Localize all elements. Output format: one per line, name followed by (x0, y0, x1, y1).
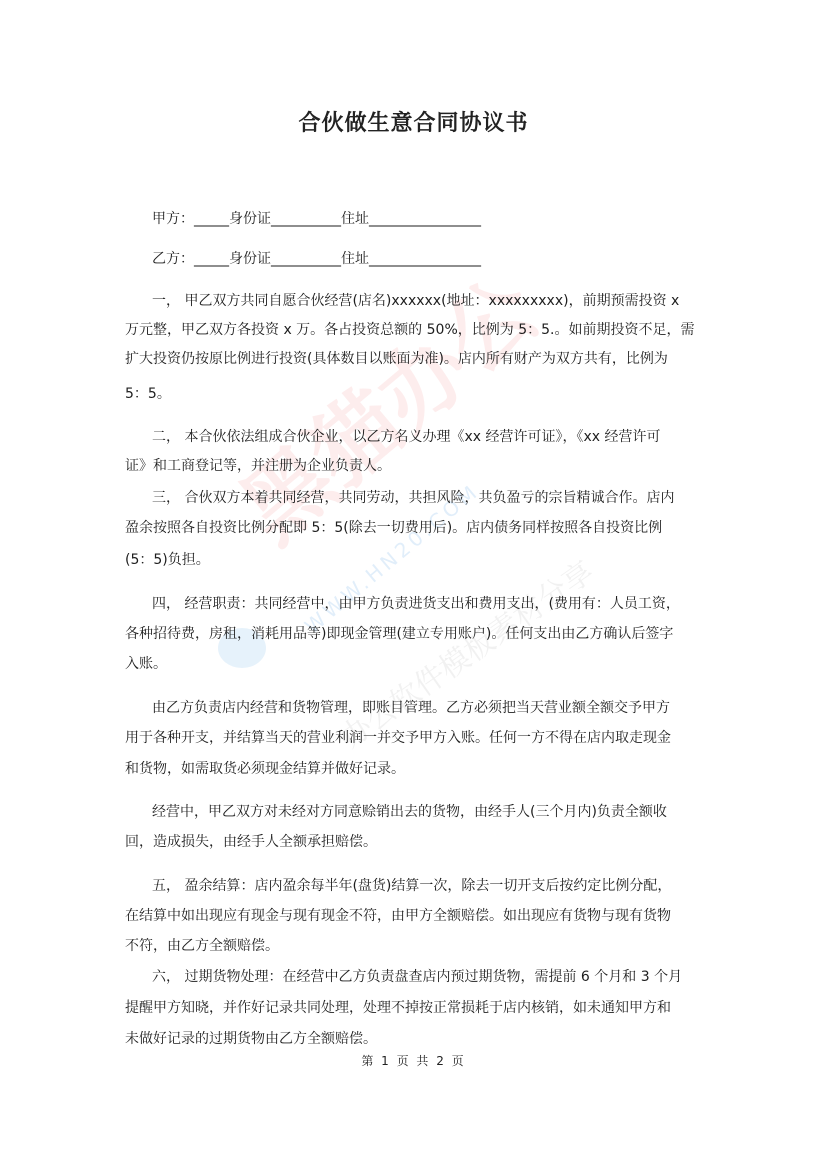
clause-3-line-1: 三， 合伙双方本着共同经营，共同劳动，共担风险，共负盈亏的宗旨精诚合作。店内 (152, 484, 732, 513)
clause-5-line-3: 不符，由乙方全额赔偿。 (125, 932, 705, 961)
credit-para-line-1: 经营中，甲乙双方对未经对方同意赊销出去的货物，由经手人(三个月内)负责全额收 (152, 798, 732, 827)
clause-3-line-2: 盈余按照各自投资比例分配即 5：5(除去一切费用后)。店内债务同样按照各自投资比… (125, 514, 705, 543)
management-para-line-2: 用于各种开支，并结算当天的营业利润一并交予甲方入账。任何一方不得在店内取走现金 (125, 724, 705, 753)
clause-4-line-2: 各种招待费，房租，消耗用品等)即现金管理(建立专用账户)。任何支出由乙方确认后签… (125, 620, 705, 649)
party-b-line: 乙方：_____身份证__________住址________________ (152, 245, 732, 274)
clause-1-line-1: 一， 甲乙双方共同自愿合伙经营(店名)xxxxxx(地址：xxxxxxxxx)，… (152, 287, 732, 316)
clause-1-line-3: 扩大投资仍按原比例进行投资(具体数目以账面为准)。店内所有财产为双方共有，比例为 (125, 345, 705, 374)
clause-1-line-4: 5：5。 (125, 380, 705, 409)
document-page: 黑猫办公 WWW.HN20.COM 办公软件模板素材分享 合伙做生意合同协议书 … (0, 0, 827, 1169)
clause-6-line-1: 六， 过期货物处理：在经营中乙方负责盘查店内预过期货物，需提前 6 个月和 3 … (152, 963, 732, 992)
clause-2-line-2: 证》和工商登记等，并注册为企业负责人。 (125, 452, 705, 481)
clause-3-line-3: (5：5)负担。 (125, 546, 705, 575)
management-para-line-3: 和货物，如需取货必须现金结算并做好记录。 (125, 755, 705, 784)
management-para-line-1: 由乙方负责店内经营和货物管理，即账目管理。乙方必须把当天营业额全额交予甲方 (152, 694, 732, 723)
document-title: 合伙做生意合同协议书 (0, 106, 827, 137)
clause-6-line-3: 未做好记录的过期货物由乙方全额赔偿。 (125, 1025, 705, 1054)
party-a-line: 甲方：_____身份证__________住址________________ (152, 205, 732, 234)
clause-2-line-1: 二， 本合伙依法组成合伙企业，以乙方名义办理《xx 经营许可证》，《xx 经营许… (152, 423, 732, 452)
credit-para-line-2: 回，造成损失，由经手人全额承担赔偿。 (125, 828, 705, 857)
clause-5-line-1: 五， 盈余结算：店内盈余每半年(盘货)结算一次，除去一切开支后按约定比例分配， (152, 872, 732, 901)
clause-5-line-2: 在结算中如出现应有现金与现有现金不符，由甲方全额赔偿。如出现应有货物与现有货物 (125, 902, 705, 931)
clause-4-line-3: 入账。 (125, 650, 705, 679)
clause-4-line-1: 四， 经营职责：共同经营中，由甲方负责进货支出和费用支出，(费用有：人员工资， (152, 590, 732, 619)
clause-1-line-2: 万元整，甲乙双方各投资 x 万。各占投资总额的 50%，比例为 5：5.。如前期… (125, 316, 705, 345)
page-number-footer: 第 1 页 共 2 页 (0, 1052, 827, 1069)
clause-6-line-2: 提醒甲方知晓，并作好记录共同处理，处理不掉按正常损耗于店内核销，如未通知甲方和 (125, 994, 705, 1023)
